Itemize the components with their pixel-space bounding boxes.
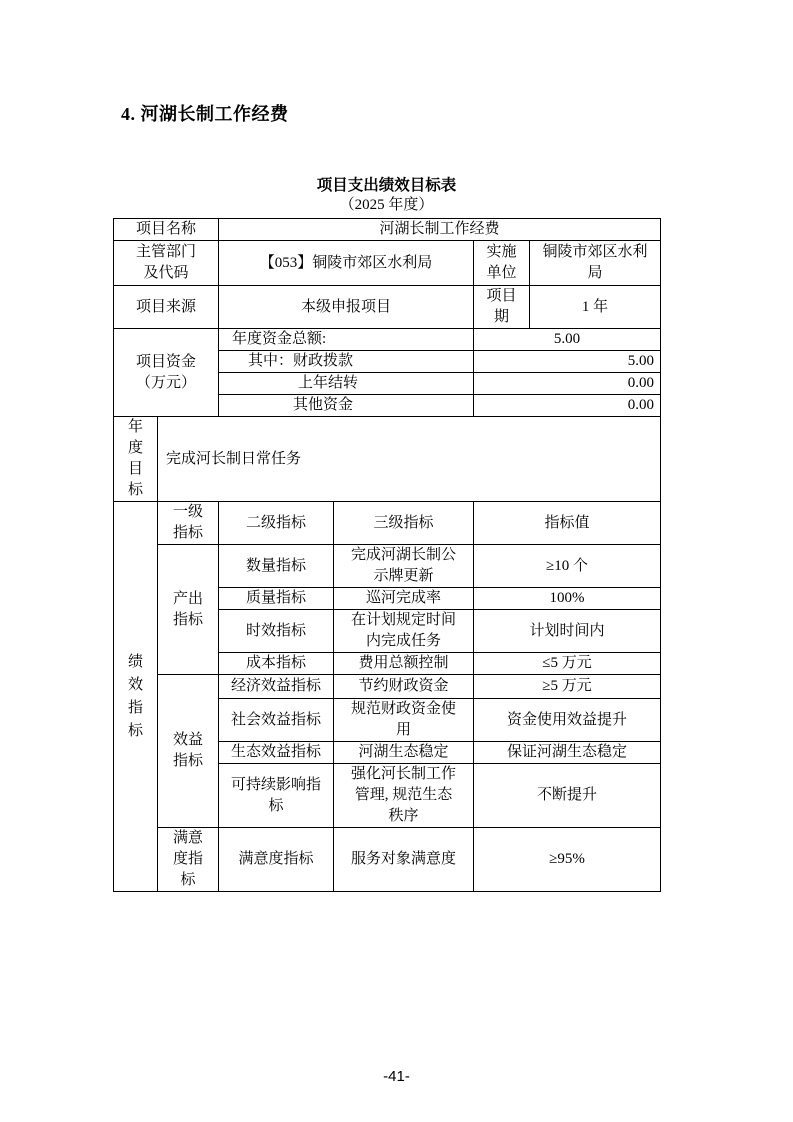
perf-value: 资金使用效益提升 bbox=[474, 699, 661, 742]
perf-l2: 质量指标 bbox=[219, 588, 334, 610]
perf-header-value: 指标值 bbox=[474, 502, 661, 545]
funds-other-label: 其他资金 bbox=[219, 395, 474, 417]
dept-label: 主管部门及代码 bbox=[114, 241, 219, 286]
page-number: -41- bbox=[0, 1068, 793, 1085]
table-row: 年度目标 完成河长制日常任务 bbox=[114, 417, 661, 502]
perf-l2: 时效指标 bbox=[219, 610, 334, 653]
perf-l2: 满意度指标 bbox=[219, 828, 334, 892]
perf-header-l3: 三级指标 bbox=[334, 502, 474, 545]
perf-l3: 费用总额控制 bbox=[334, 653, 474, 675]
perf-header-l2: 二级指标 bbox=[219, 502, 334, 545]
table-row: 绩效指标 一级指标 二级指标 三级指标 指标值 bbox=[114, 502, 661, 545]
perf-value: 100% bbox=[474, 588, 661, 610]
table-title: 项目支出绩效目标表 bbox=[113, 176, 660, 195]
perf-l3: 在计划规定时间内完成任务 bbox=[334, 610, 474, 653]
perf-value: ≥5 万元 bbox=[474, 675, 661, 699]
perf-l2: 经济效益指标 bbox=[219, 675, 334, 699]
perf-l2: 成本指标 bbox=[219, 653, 334, 675]
source-label: 项目来源 bbox=[114, 286, 219, 329]
period-label: 项目期 bbox=[474, 286, 530, 329]
perf-l2: 数量指标 bbox=[219, 545, 334, 588]
perf-value: 保证河湖生态稳定 bbox=[474, 742, 661, 764]
perf-l2: 社会效益指标 bbox=[219, 699, 334, 742]
section-heading: 4. 河湖长制工作经费 bbox=[121, 100, 289, 126]
funds-fiscal-label: 其中：财政拨款 bbox=[219, 351, 474, 373]
perf-value: 不断提升 bbox=[474, 764, 661, 828]
funds-other-value: 0.00 bbox=[474, 395, 661, 417]
perf-l3: 强化河长制工作管理, 规范生态秩序 bbox=[334, 764, 474, 828]
perf-value: ≤5 万元 bbox=[474, 653, 661, 675]
impl-unit-value: 铜陵市郊区水利局 bbox=[530, 241, 661, 286]
perf-value: 计划时间内 bbox=[474, 610, 661, 653]
perf-l3: 服务对象满意度 bbox=[334, 828, 474, 892]
table-row: 项目名称 河湖长制工作经费 bbox=[114, 219, 661, 241]
table-row: 项目来源 本级申报项目 项目期 1 年 bbox=[114, 286, 661, 329]
perf-group-satisfaction-label: 满意度指标 bbox=[158, 828, 219, 892]
source-value: 本级申报项目 bbox=[219, 286, 474, 329]
annual-goal-value: 完成河长制日常任务 bbox=[158, 417, 661, 502]
project-name-label: 项目名称 bbox=[114, 219, 219, 241]
perf-value: ≥95% bbox=[474, 828, 661, 892]
impl-unit-label: 实施单位 bbox=[474, 241, 530, 286]
perf-group-benefit-label: 效益指标 bbox=[158, 675, 219, 828]
table-subtitle: （2025 年度） bbox=[113, 195, 660, 215]
perf-l3: 节约财政资金 bbox=[334, 675, 474, 699]
dept-value: 【053】铜陵市郊区水利局 bbox=[219, 241, 474, 286]
perf-value: ≥10 个 bbox=[474, 545, 661, 588]
perf-l3: 完成河湖长制公示牌更新 bbox=[334, 545, 474, 588]
table-row: 满意度指标 满意度指标 服务对象满意度 ≥95% bbox=[114, 828, 661, 892]
funds-fiscal-value: 5.00 bbox=[474, 351, 661, 373]
perf-header-l1: 一级指标 bbox=[158, 502, 219, 545]
funds-total-value: 5.00 bbox=[474, 329, 661, 351]
funds-total-label: 年度资金总额: bbox=[219, 329, 474, 351]
table-row: 项目资金（万元） 年度资金总额: 5.00 bbox=[114, 329, 661, 351]
table-title-block: 项目支出绩效目标表 （2025 年度） bbox=[113, 176, 660, 215]
funds-label: 项目资金（万元） bbox=[114, 329, 219, 417]
performance-target-table: 项目名称 河湖长制工作经费 主管部门及代码 【053】铜陵市郊区水利局 实施单位… bbox=[113, 218, 661, 892]
perf-l3: 规范财政资金使用 bbox=[334, 699, 474, 742]
perf-l2: 可持续影响指标 bbox=[219, 764, 334, 828]
table-row: 主管部门及代码 【053】铜陵市郊区水利局 实施单位 铜陵市郊区水利局 bbox=[114, 241, 661, 286]
period-value: 1 年 bbox=[530, 286, 661, 329]
project-name-value: 河湖长制工作经费 bbox=[219, 219, 661, 241]
table-row: 效益指标 经济效益指标 节约财政资金 ≥5 万元 bbox=[114, 675, 661, 699]
perf-l3: 河湖生态稳定 bbox=[334, 742, 474, 764]
perf-l3: 巡河完成率 bbox=[334, 588, 474, 610]
perf-l2: 生态效益指标 bbox=[219, 742, 334, 764]
perf-group-output-label: 产出指标 bbox=[158, 545, 219, 675]
annual-goal-label: 年度目标 bbox=[114, 417, 158, 502]
funds-carryover-value: 0.00 bbox=[474, 373, 661, 395]
table-row: 产出指标 数量指标 完成河湖长制公示牌更新 ≥10 个 bbox=[114, 545, 661, 588]
perf-section-label: 绩效指标 bbox=[114, 502, 158, 892]
funds-carryover-label: 上年结转 bbox=[219, 373, 474, 395]
